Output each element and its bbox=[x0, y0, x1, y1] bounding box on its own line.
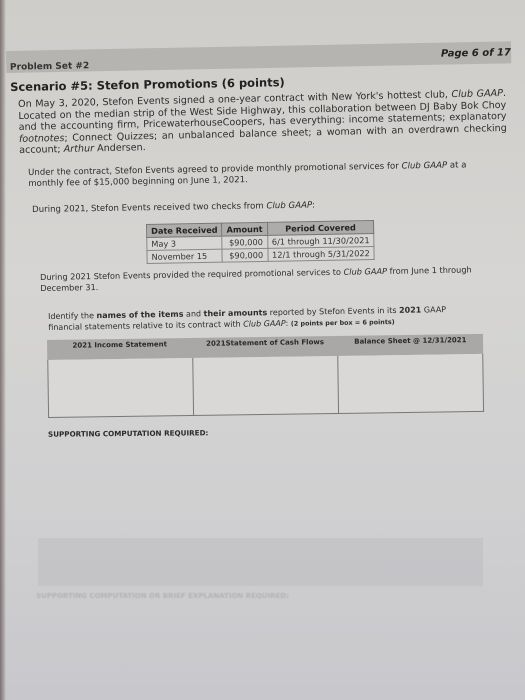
page-number: Page 6 of 17 bbox=[441, 47, 511, 59]
supporting-computation-label: SUPPORTING COMPUTATION REQUIRED: bbox=[48, 428, 208, 438]
column-header: Amount bbox=[222, 222, 267, 236]
income-statement-answer-box[interactable] bbox=[48, 358, 194, 417]
bleed-through-box bbox=[38, 538, 483, 586]
problem-set-label: Problem Set #2 bbox=[10, 61, 89, 73]
document-page: Problem Set #2 Page 6 of 17 Scenario #5:… bbox=[0, 0, 525, 700]
balance-sheet-answer-box[interactable] bbox=[338, 354, 483, 413]
period-covered: 12/1 through 5/31/2022 bbox=[267, 247, 374, 262]
scenario-title: Scenario #5: Stefon Promotions (6 points… bbox=[10, 75, 285, 94]
amount: $90,000 bbox=[222, 248, 267, 262]
bleed-through-text: SUPPORTING COMPUTATION OR BRIEF EXPLANAT… bbox=[36, 592, 289, 600]
checks-received-table: Date Received Amount Period Covered May … bbox=[146, 220, 375, 264]
question-paragraph: Identify the names of the items and thei… bbox=[48, 304, 480, 333]
income-statement-header: 2021 Income Statement bbox=[47, 338, 193, 360]
services-paragraph: During 2021 Stefon Events provided the r… bbox=[40, 264, 485, 293]
amount: $90,000 bbox=[222, 235, 267, 249]
intro-paragraph: On May 3, 2020, Stefon Events signed a o… bbox=[18, 88, 507, 157]
cash-flows-header: 2021Statement of Cash Flows bbox=[192, 336, 338, 358]
page-edge-shadow bbox=[0, 0, 6, 700]
date-received: November 15 bbox=[147, 249, 223, 263]
answer-table: 2021 Income Statement 2021Statement of C… bbox=[47, 334, 484, 417]
balance-sheet-header: Balance Sheet @ 12/31/2021 bbox=[338, 334, 484, 356]
table-row: November 15 $90,000 12/1 through 5/31/20… bbox=[147, 247, 374, 264]
checks-intro: During 2021, Stefon Events received two … bbox=[32, 201, 315, 217]
column-header: Date Received bbox=[147, 223, 223, 237]
contract-paragraph: Under the contract, Stefon Events agreed… bbox=[28, 160, 488, 190]
club-name: Club GAAP bbox=[451, 88, 503, 100]
answer-table-body bbox=[47, 354, 484, 418]
points-note: (2 points per box = 6 points) bbox=[291, 317, 395, 327]
cash-flows-answer-box[interactable] bbox=[193, 356, 339, 415]
date-received: May 3 bbox=[147, 236, 223, 250]
